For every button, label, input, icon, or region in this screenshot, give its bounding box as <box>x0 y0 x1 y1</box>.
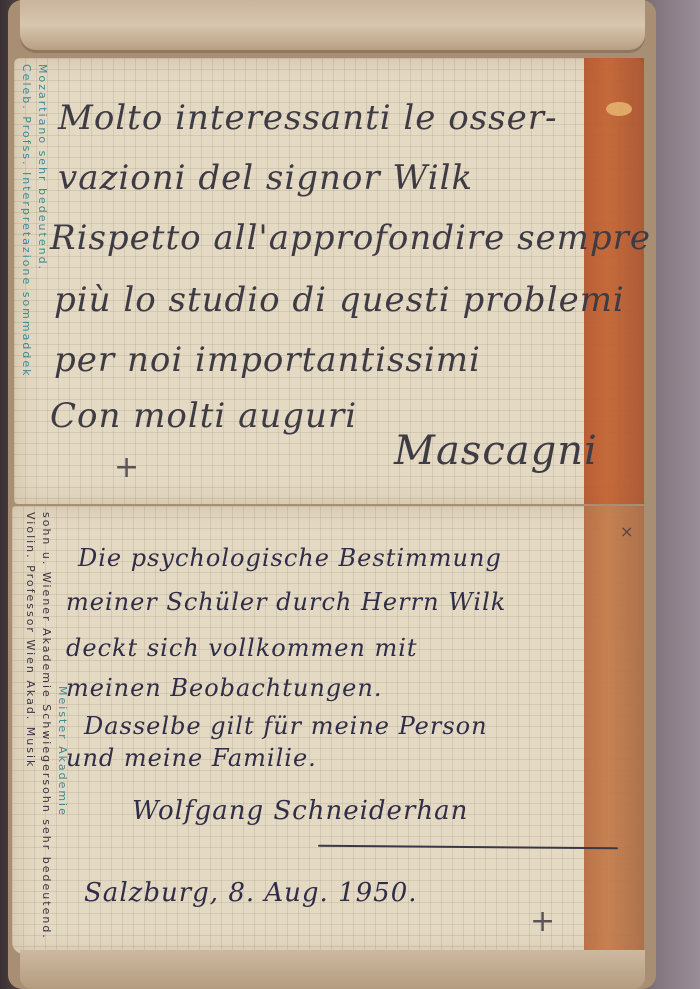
handwritten-line: deckt sich vollkommen mit <box>66 634 418 662</box>
handwritten-line: meinen Beobachtungen. <box>66 674 382 702</box>
paper-stain <box>606 102 632 116</box>
bottom-page: × Violin. Professor Wien Akad. Musik soh… <box>12 506 644 954</box>
side-note-line: Violin. Professor Wien Akad. Musik <box>24 512 37 768</box>
side-note: sohn u. Wiener Akademie Schwiegersohn se… <box>40 512 53 952</box>
side-note-line: Mozartiano sehr bedeutend. <box>36 64 49 271</box>
side-note: Meister Akademie <box>56 686 69 946</box>
handwritten-line: vazioni del signor Wilk <box>58 158 473 198</box>
side-note-line: sohn u. Wiener Akademie Schwiegersohn se… <box>40 512 53 940</box>
cross-mark: + <box>114 450 139 485</box>
handwritten-line: meiner Schüler durch Herrn Wilk <box>66 588 506 616</box>
handwritten-line: Die psychologische Bestimmung <box>78 544 502 572</box>
signature: Mascagni <box>394 428 598 474</box>
side-note: Mozartiano sehr bedeutend. <box>36 64 49 324</box>
corner-mark: × <box>620 522 633 541</box>
margin-strip: × <box>584 506 644 954</box>
handwritten-line: Dasselbe gilt für meine Person <box>84 712 488 740</box>
place-date: Salzburg, 8. Aug. 1950. <box>84 878 418 908</box>
top-page: Celeb. Profss. Interpretazione sommaddek… <box>14 58 644 504</box>
cross-mark: + <box>530 904 555 939</box>
handwritten-line: Molto interessanti le osser- <box>58 98 557 138</box>
handwritten-line: per noi importantissimi <box>54 340 481 380</box>
handwritten-line: Con molti auguri <box>50 396 357 436</box>
side-note-line: Celeb. Profss. Interpretazione sommaddek <box>20 64 33 377</box>
side-note: Celeb. Profss. Interpretazione sommaddek <box>20 64 33 494</box>
signature: Wolfgang Schneiderhan <box>132 796 468 826</box>
notebook-bottom-edge <box>20 950 645 989</box>
handwritten-line: più lo studio di questi problemi <box>54 280 625 320</box>
notebook-top-edge <box>20 0 645 50</box>
signature-underline <box>318 845 618 850</box>
handwritten-line: und meine Familie. <box>66 744 317 772</box>
handwritten-line: Rispetto all'approfondire sempre <box>50 218 651 258</box>
side-note: Violin. Professor Wien Akad. Musik <box>24 512 37 952</box>
